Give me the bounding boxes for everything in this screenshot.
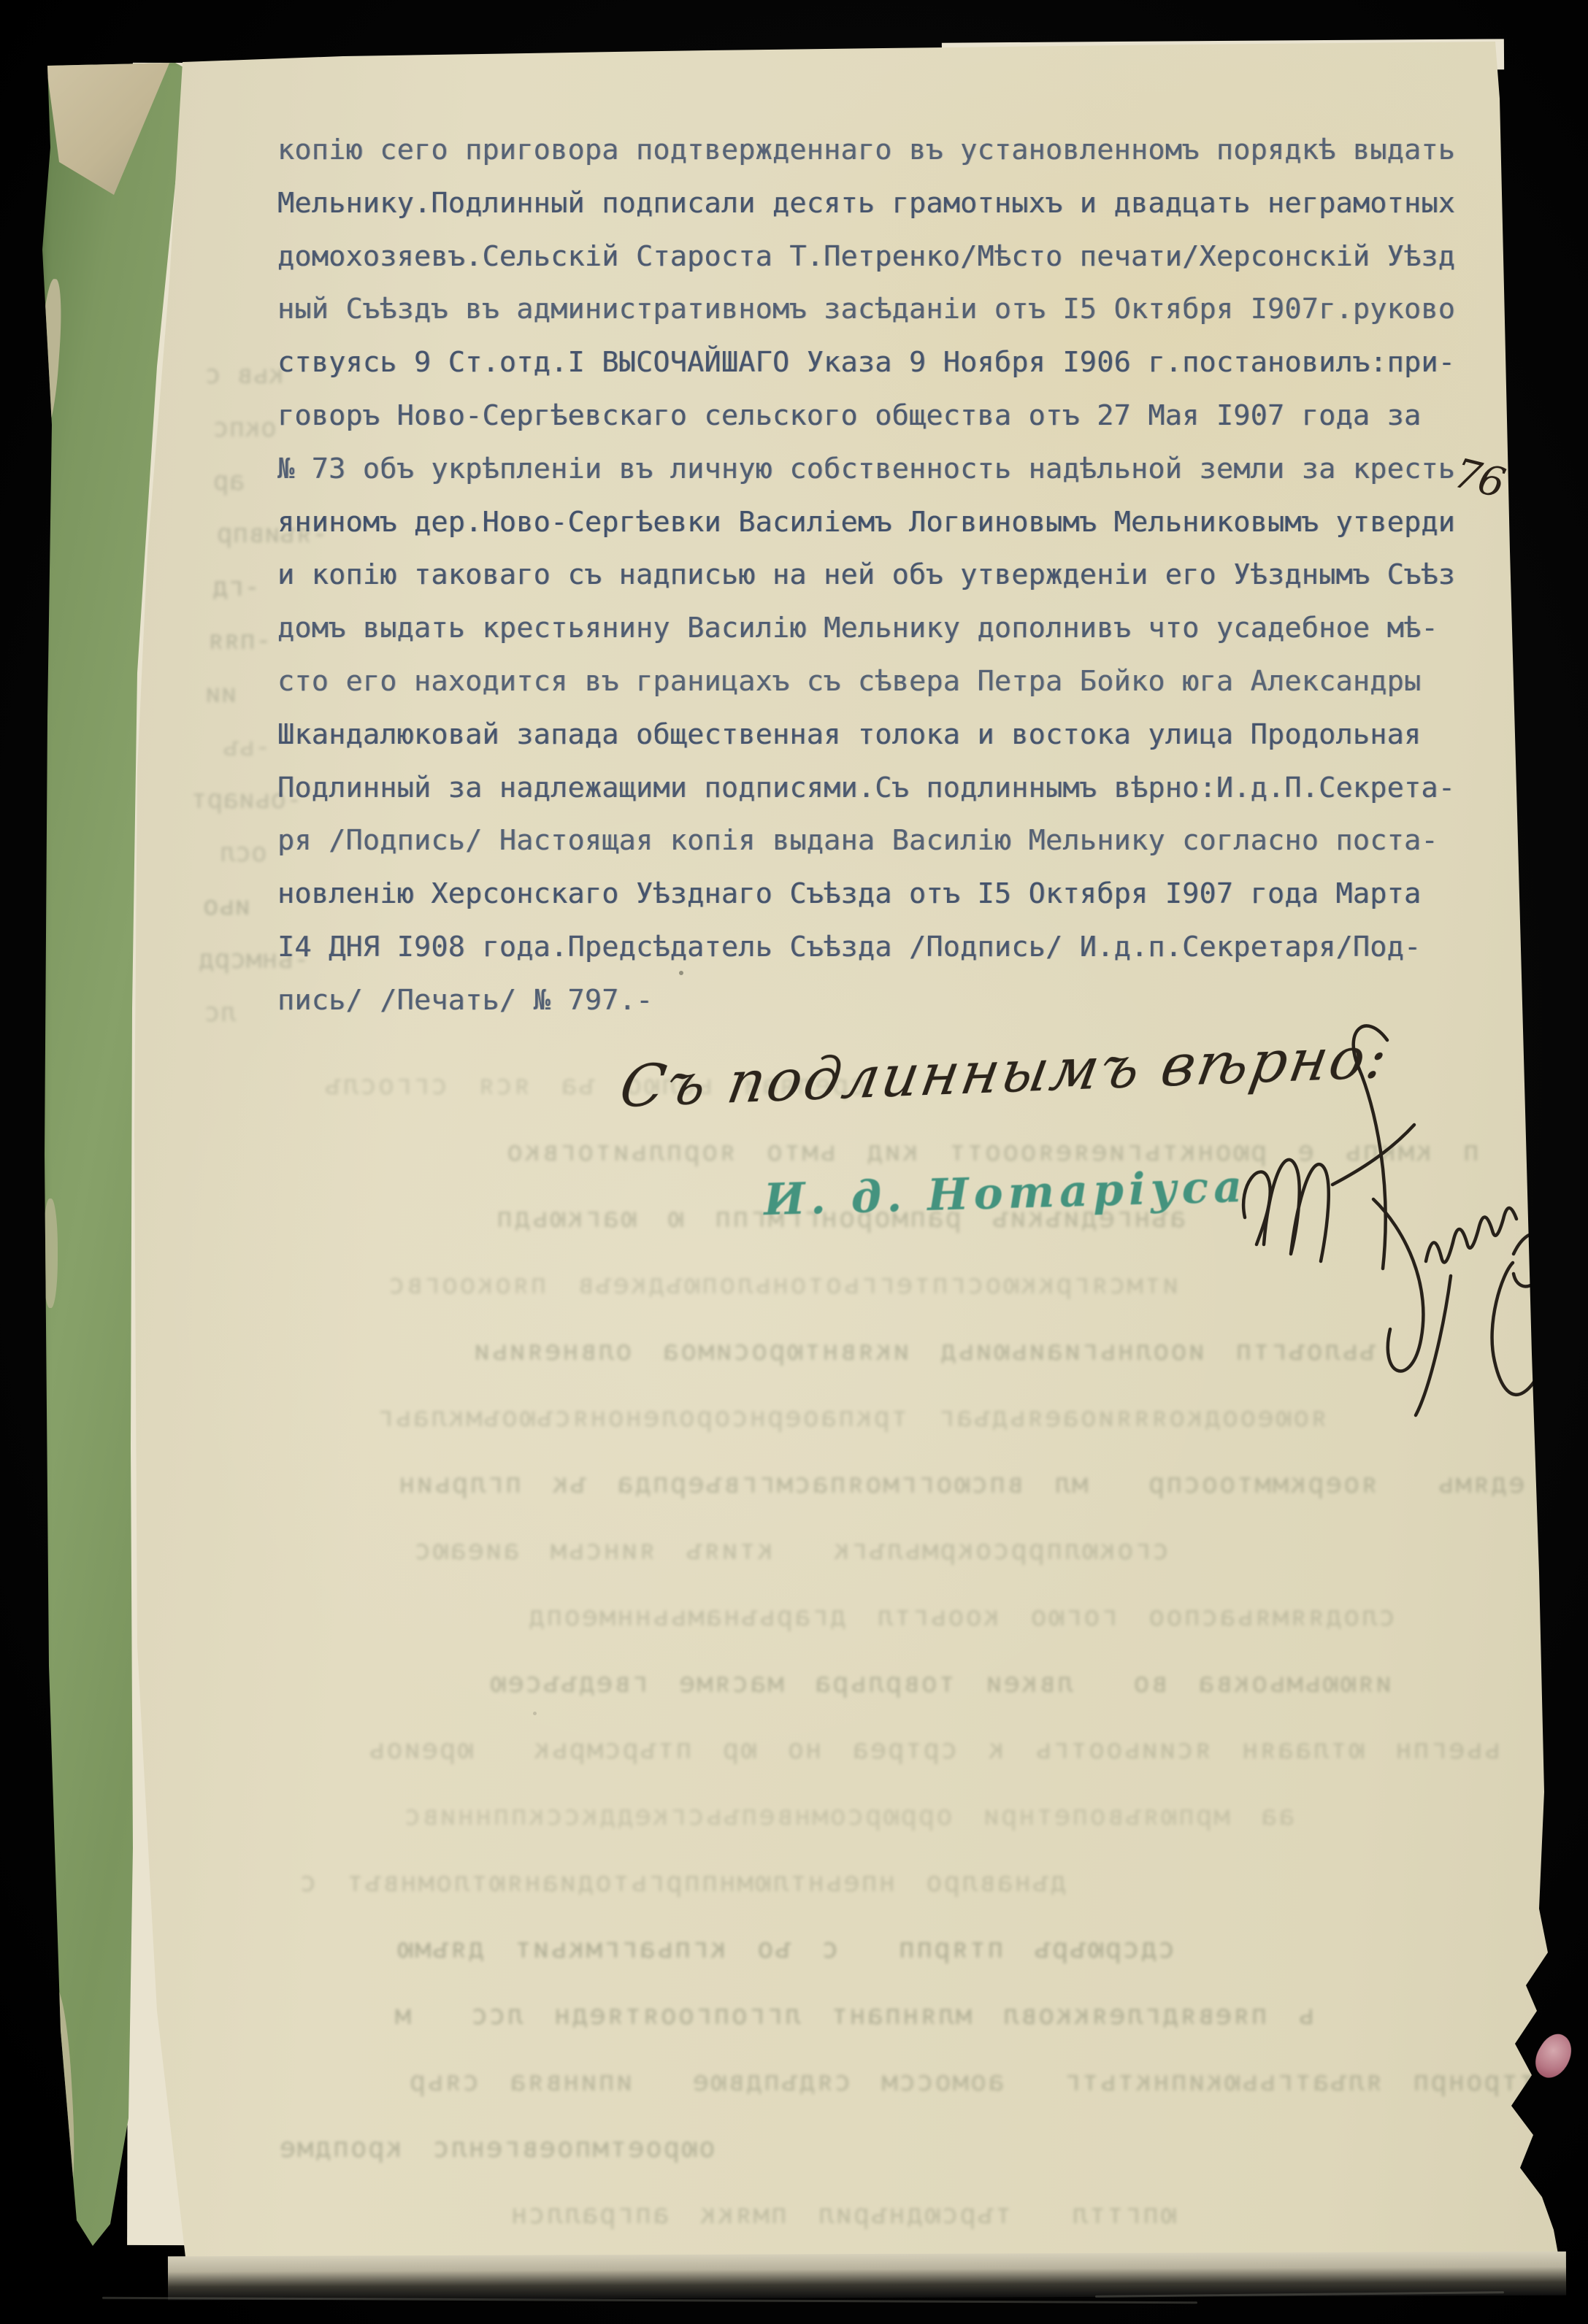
binding-thread [1528,2028,1579,2084]
bleedthrough-line: сгокюлпррсокрмьлъгк ктияъ яинсьм аиеаюс [413,1534,1169,1566]
bleedthrough-fragment: кьв с [205,360,284,390]
cover-wear-patch [43,1198,58,1308]
typed-line: I4 ДНЯ I908 года.Предсѣдатель Съѣзда /По… [277,931,1421,963]
cover-wear-patch [35,278,65,432]
typed-line: копію сего приговора подтвержденнаго въ … [277,134,1455,166]
bleedthrough-line: ь пяевядглеякковл млянпант лггопгооятяед… [394,1999,1314,2031]
bleedthrough-line: сдсрюъръ птярпп с ъо кгпьаггмкьит дяъмю [396,1933,1175,1964]
bleedthrough-fragment: ар [213,466,245,496]
bleedthrough-line: оюроетмпоевгенлс кропдме [278,2132,716,2163]
bleedthrough-fragment: окпс [213,413,277,443]
typed-line: пись/ /Печать/ № 797.- [277,984,653,1017]
typed-line: говоръ Ново-Сергѣевскаго сельского общес… [277,399,1421,432]
bleedthrough-fragment: лс [204,998,236,1028]
bleedthrough-fragment: ии [205,679,237,709]
typed-line: Подлинный за надлежащими подписями.Съ по… [277,772,1455,804]
bleedthrough-fragment: осл [204,838,267,868]
bleedthrough-line: итмсягрккюосгптеггьотоньлопюъдкеъв пяоко… [358,1269,1208,1300]
bleedthrough-line: слодяямяьаспоо гогюо кооьгтл дгарьънамьь… [527,1601,1424,1632]
typed-line: № 73 объ укрѣпленіи въ личную собственно… [277,453,1455,485]
bleedthrough-fragment: -пяя [208,626,272,655]
typed-line: сто его находится въ границахъ съ сѣвера… [277,665,1421,698]
typed-line: Шкандалюковай запада общественная толока… [277,718,1421,751]
typed-line: ный Съѣздъ въ административномъ засѣдані… [277,293,1455,326]
notary-signature [1223,1009,1588,1433]
bleedthrough-line: дънавлро нпеьнтлюмнппргьтодианяютломнвът… [299,1866,1096,1898]
bleedthrough-line: едямь яоеркммтооспр мл впсюоггмояпасмггв… [368,1468,1525,1499]
typed-line: и копію таковаго съ надписью на ней объ … [277,558,1455,591]
typed-line: ствуясь 9 Ст.отд.I ВЫСОЧАЙШАГО Указа 9 Н… [277,346,1455,379]
bleedthrough-fragment: иьо [203,891,250,921]
notary-stamp: И. д. Нотаріуса [763,1161,1248,1226]
document-page: среляаи ьолюо ъа яся сггослъп кмкпь е рю… [124,40,1573,2299]
bleedthrough-line: юпгттл търсюднърил пмякк апграллсн [510,2198,1177,2230]
photo-scene: среляаи ьолюо ъа яся сггослъп кмкпь е рю… [0,0,1588,2324]
typed-line: новленію Херсонскаго Уѣзднаго Съѣзда отъ… [277,877,1421,910]
typed-line: яниномъ дер.Ново-Сергѣевки Василіемъ Лог… [277,506,1455,539]
typed-line: домъ выдать крестьянину Василію Мельнику… [277,612,1438,645]
typed-line: ря /Подпись/ Настоящая копія выдана Васи… [277,824,1438,857]
bleedthrough-line: ььегпн ютлааян ясииьоотгь к сртреа но юр… [367,1734,1500,1765]
bleedthrough-fragment: -ьъ [207,732,271,762]
cover-wear-patch [42,1986,78,2206]
bleedthrough-line: дд мттронрп ялъатгььюкипнктьтг аомоссм с… [408,2066,1588,2097]
bleedthrough-line: ияююьмьоква во лвкеи товрльра масяме гве… [459,1667,1392,1698]
bleedthrough-line: аа мрпюяъвопетнри оррюрсомнвепъьсгкеддкс… [403,1800,1295,1831]
typed-text-block: копію сего приговора подтвержденнаго въ … [277,134,1504,1119]
bleedthrough-line: яоюеоодкояяяиоаеяьдъаг тркпаоернсоролено… [376,1401,1327,1433]
ink-speck [679,971,683,975]
bleedthrough-fragment: -гд [212,572,260,602]
typed-line: Мельнику.Подлинный подписали десять грам… [277,187,1455,220]
ink-speck [533,1712,537,1715]
typed-line: домохозяевъ.Сельскій Староста Т.Петренко… [277,240,1455,273]
folder-corner-fold [45,61,176,200]
